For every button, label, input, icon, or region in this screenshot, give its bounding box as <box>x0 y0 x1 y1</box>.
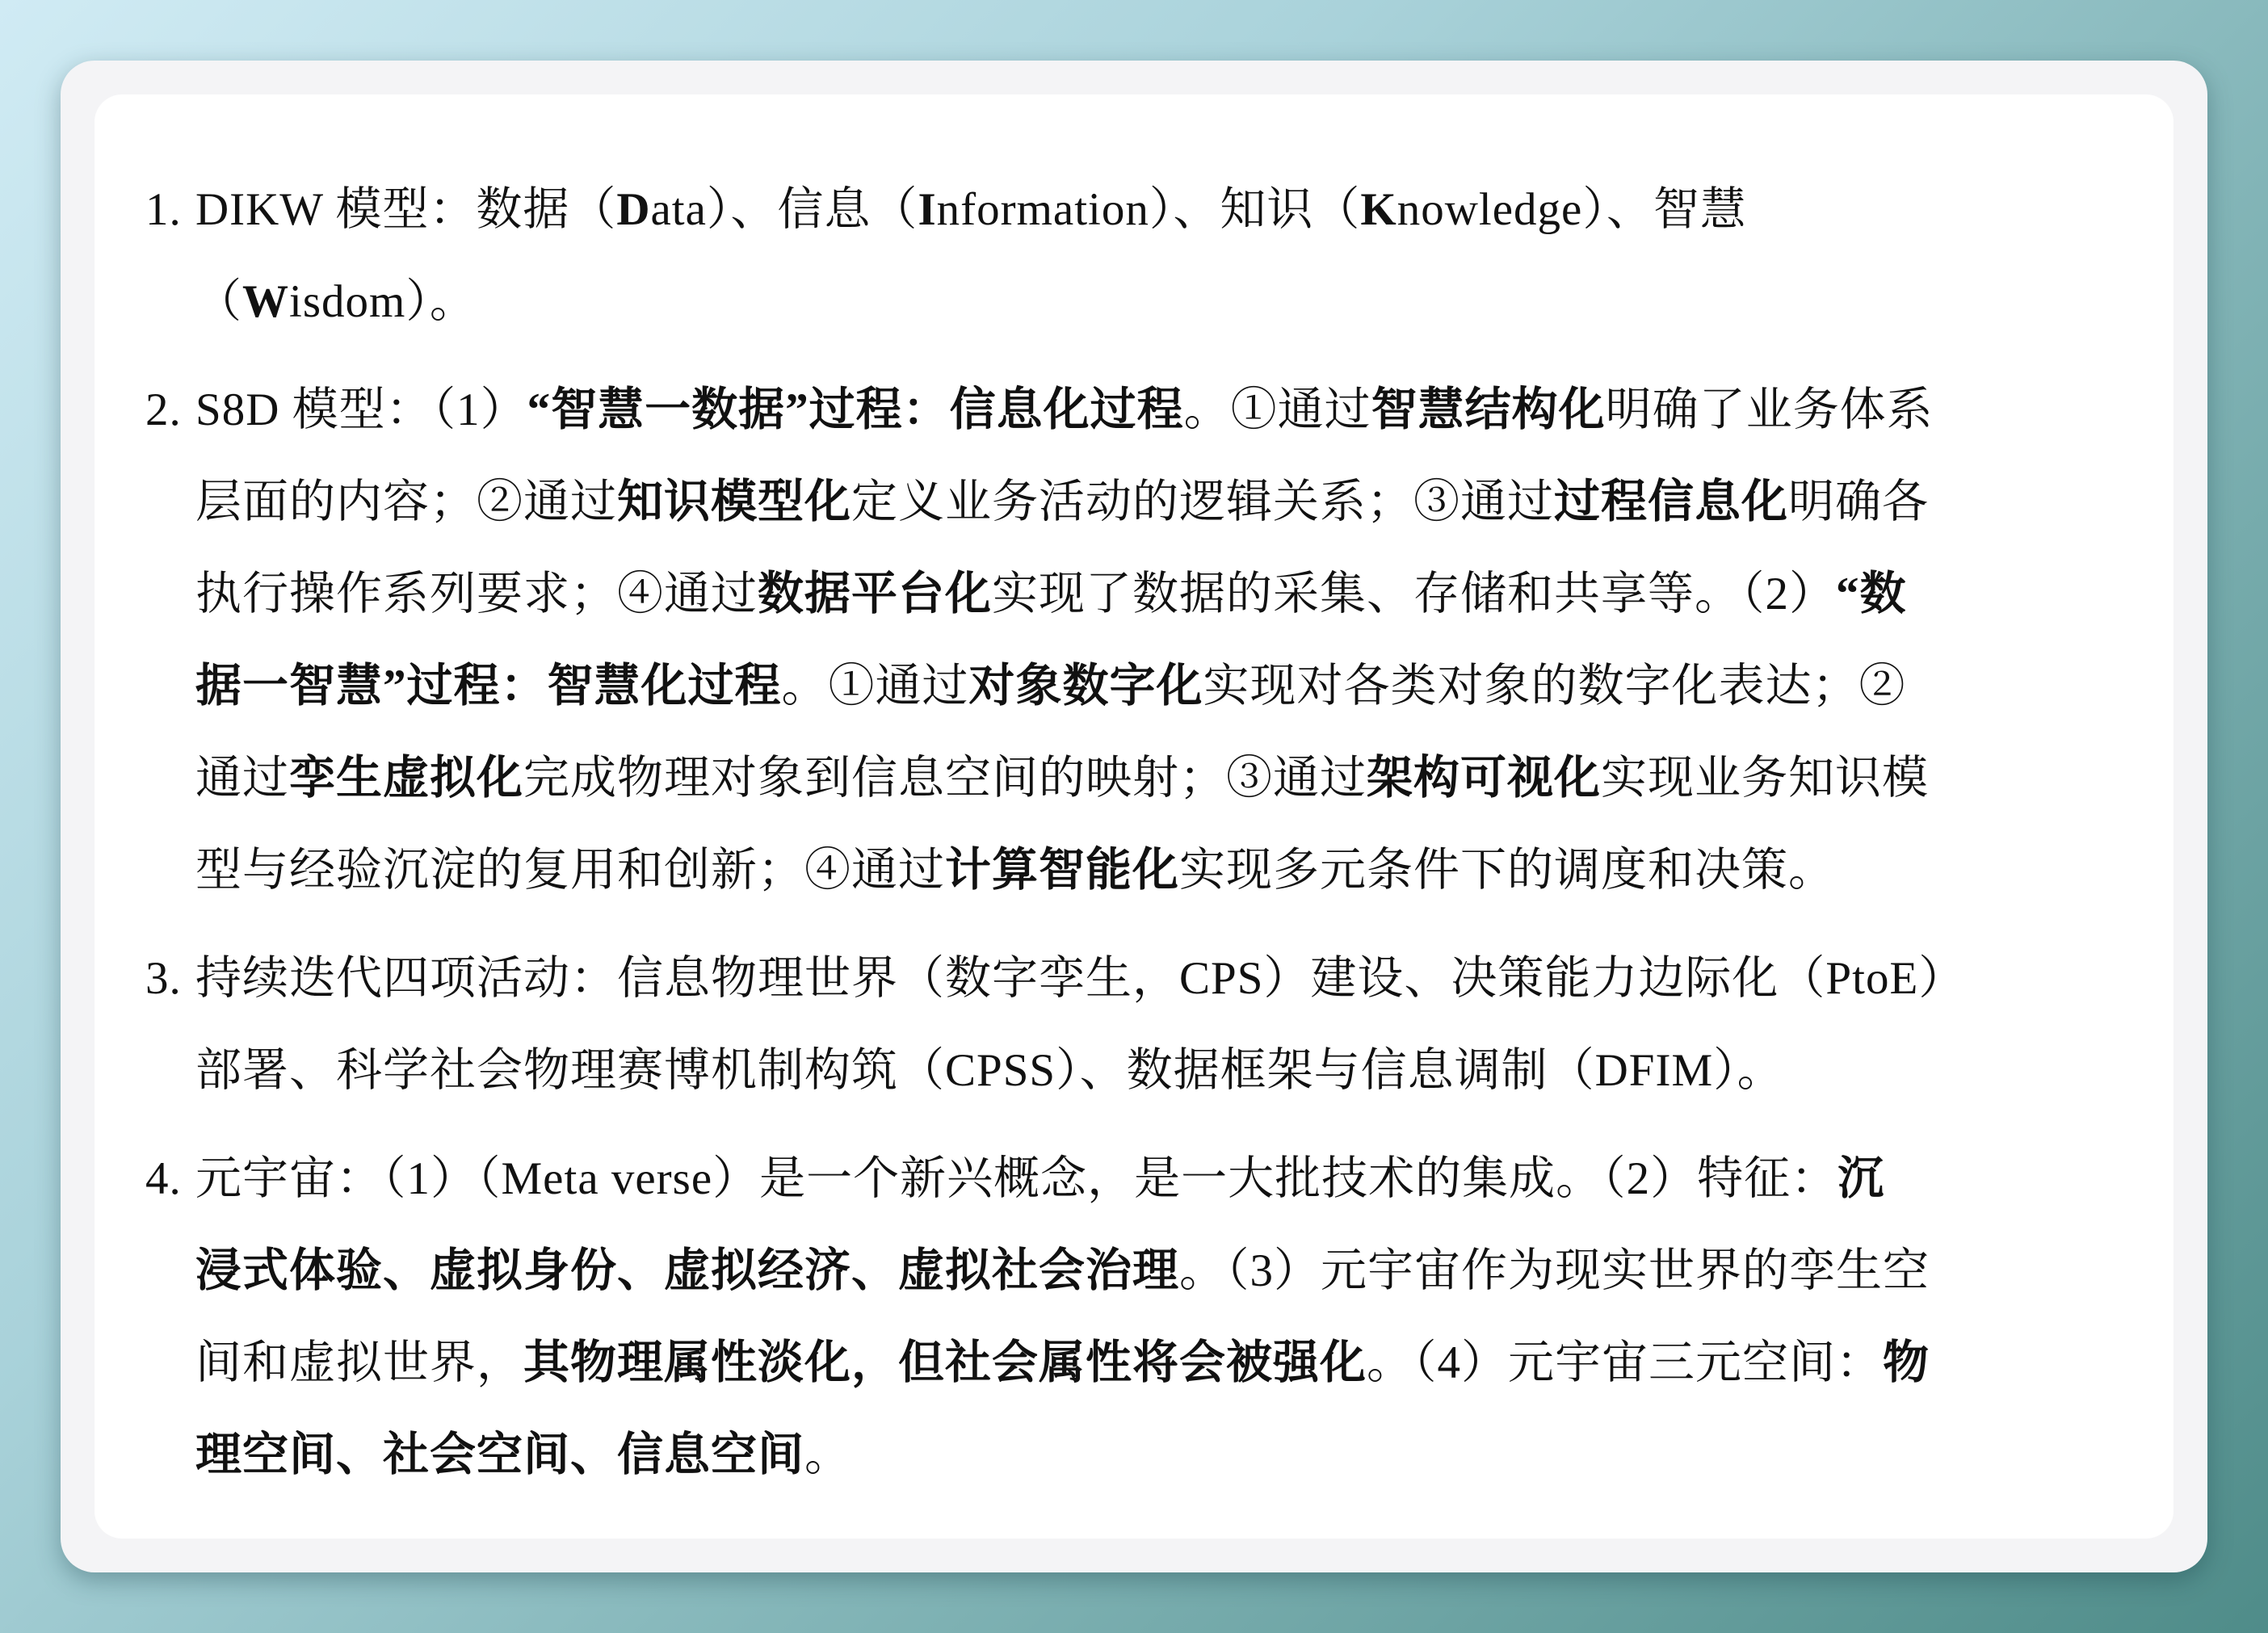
item-number: 2. <box>145 364 195 456</box>
text: 执行操作系列要求；④通过 <box>195 569 758 619</box>
text: 通过 <box>195 753 289 804</box>
list-item: 1.DIKW 模型：数据（Data）、信息（Information）、知识（Kn… <box>145 164 2148 348</box>
text: 型与经验沉淀的复用和创新；④通过 <box>195 845 945 896</box>
text: 。 <box>804 1429 851 1480</box>
bold-text: “数 <box>1836 569 1907 619</box>
text: 实现对各类对象的数字化表达；② <box>1203 661 1906 712</box>
bold-text: 对象数字化 <box>969 661 1203 712</box>
text-line: 部署、科学社会物理赛博机制构筑（CPSS）、数据框架与信息调制（DFIM）。 <box>145 1025 2148 1117</box>
bold-text: 智慧结构化 <box>1371 384 1606 435</box>
text: 。①通过 <box>1184 384 1371 435</box>
text-line: 通过孪生虚拟化完成物理对象到信息空间的映射；③通过架构可视化实现业务知识模 <box>145 733 2148 825</box>
text: 层面的内容；②通过 <box>195 476 617 527</box>
text: 间和虚拟世界， <box>195 1337 523 1388</box>
item-number: 1. <box>145 164 195 256</box>
bold-text: 架构可视化 <box>1367 753 1601 804</box>
item-number: 3. <box>145 933 195 1025</box>
text: 。①通过 <box>782 661 969 712</box>
text-line: 4.元宇宙：（1）（Meta verse）是一个新兴概念，是一大批技术的集成。（… <box>145 1133 2148 1225</box>
bold-text: 理空间、社会空间、信息空间 <box>195 1429 804 1480</box>
text: 明确了业务体系 <box>1606 384 1934 435</box>
bold-text: K <box>1360 184 1396 235</box>
text: DIKW 模型：数据（ <box>195 184 616 235</box>
text: 定义业务活动的逻辑关系；③通过 <box>851 476 1554 527</box>
bold-text: W <box>242 276 289 327</box>
text: nformation）、知识（ <box>937 184 1361 235</box>
content-card: 1.DIKW 模型：数据（Data）、信息（Information）、知识（Kn… <box>94 94 2173 1539</box>
outer-card: 1.DIKW 模型：数据（Data）、信息（Information）、知识（Kn… <box>61 61 2207 1572</box>
text: 。（4）元宇宙三元空间： <box>1367 1337 1883 1388</box>
text-line: 理空间、社会空间、信息空间。 <box>145 1409 2148 1501</box>
text: （ <box>195 276 242 327</box>
bold-text: 浸式体验、虚拟身份、虚拟经济、虚拟社会治理 <box>195 1245 1179 1296</box>
list-item: 2.S8D 模型：（1）“智慧一数据”过程：信息化过程。①通过智慧结构化明确了业… <box>145 364 2148 917</box>
text-line: 层面的内容；②通过知识模型化定义业务活动的逻辑关系；③通过过程信息化明确各 <box>145 456 2148 548</box>
bold-text: D <box>616 184 650 235</box>
bold-text: 知识模型化 <box>617 476 851 527</box>
text: 完成物理对象到信息空间的映射；③通过 <box>523 753 1367 804</box>
bold-text: 计算智能化 <box>945 845 1179 896</box>
bold-text: 孪生虚拟化 <box>289 753 523 804</box>
bold-text: “智慧一数据”过程：信息化过程 <box>527 384 1184 435</box>
bold-text: 数据平台化 <box>758 569 992 619</box>
text: isdom）。 <box>289 276 477 327</box>
item-number: 4. <box>145 1133 195 1225</box>
text-line: 浸式体验、虚拟身份、虚拟经济、虚拟社会治理。（3）元宇宙作为现实世界的孪生空 <box>145 1225 2148 1317</box>
text: 元宇宙：（1）（Meta verse）是一个新兴概念，是一大批技术的集成。（2）… <box>195 1153 1837 1204</box>
bold-text: 据一智慧”过程：智慧化过程 <box>195 661 782 712</box>
text-line: 2.S8D 模型：（1）“智慧一数据”过程：信息化过程。①通过智慧结构化明确了业… <box>145 364 2148 456</box>
text-line: 型与经验沉淀的复用和创新；④通过计算智能化实现多元条件下的调度和决策。 <box>145 825 2148 917</box>
text: 实现多元条件下的调度和决策。 <box>1179 845 1835 896</box>
text: 部署、科学社会物理赛博机制构筑（CPSS）、数据框架与信息调制（DFIM）。 <box>195 1045 1784 1096</box>
text-line: 执行操作系列要求；④通过数据平台化实现了数据的采集、存储和共享等。（2）“数 <box>145 548 2148 640</box>
text: 持续迭代四项活动：信息物理世界（数字孪生，CPS）建设、决策能力边际化（PtoE… <box>195 953 1965 1004</box>
text: 。（3）元宇宙作为现实世界的孪生空 <box>1179 1245 1930 1296</box>
text: S8D 模型：（1） <box>195 384 527 435</box>
list-item: 4.元宇宙：（1）（Meta verse）是一个新兴概念，是一大批技术的集成。（… <box>145 1133 2148 1501</box>
numbered-list: 1.DIKW 模型：数据（Data）、信息（Information）、知识（Kn… <box>145 164 2148 1518</box>
bold-text: 沉 <box>1837 1153 1884 1204</box>
bold-text: 物 <box>1883 1337 1930 1388</box>
text-line: 间和虚拟世界，其物理属性淡化，但社会属性将会被强化。（4）元宇宙三元空间：物 <box>145 1317 2148 1409</box>
text: nowledge）、智慧 <box>1397 184 1747 235</box>
text: 实现了数据的采集、存储和共享等。（2） <box>992 569 1836 619</box>
text: 明确各 <box>1788 476 1929 527</box>
text: ata）、信息（ <box>651 184 918 235</box>
bold-text: 其物理属性淡化，但社会属性将会被强化 <box>523 1337 1367 1388</box>
text-line: 据一智慧”过程：智慧化过程。①通过对象数字化实现对各类对象的数字化表达；② <box>145 640 2148 733</box>
bold-text: 过程信息化 <box>1554 476 1788 527</box>
list-item: 3.持续迭代四项活动：信息物理世界（数字孪生，CPS）建设、决策能力边际化（Pt… <box>145 933 2148 1117</box>
text: 实现业务知识模 <box>1601 753 1929 804</box>
bold-text: I <box>918 184 936 235</box>
text-line: 3.持续迭代四项活动：信息物理世界（数字孪生，CPS）建设、决策能力边际化（Pt… <box>145 933 2148 1025</box>
text-line: 1.DIKW 模型：数据（Data）、信息（Information）、知识（Kn… <box>145 164 2148 256</box>
text-line: （Wisdom）。 <box>145 256 2148 348</box>
